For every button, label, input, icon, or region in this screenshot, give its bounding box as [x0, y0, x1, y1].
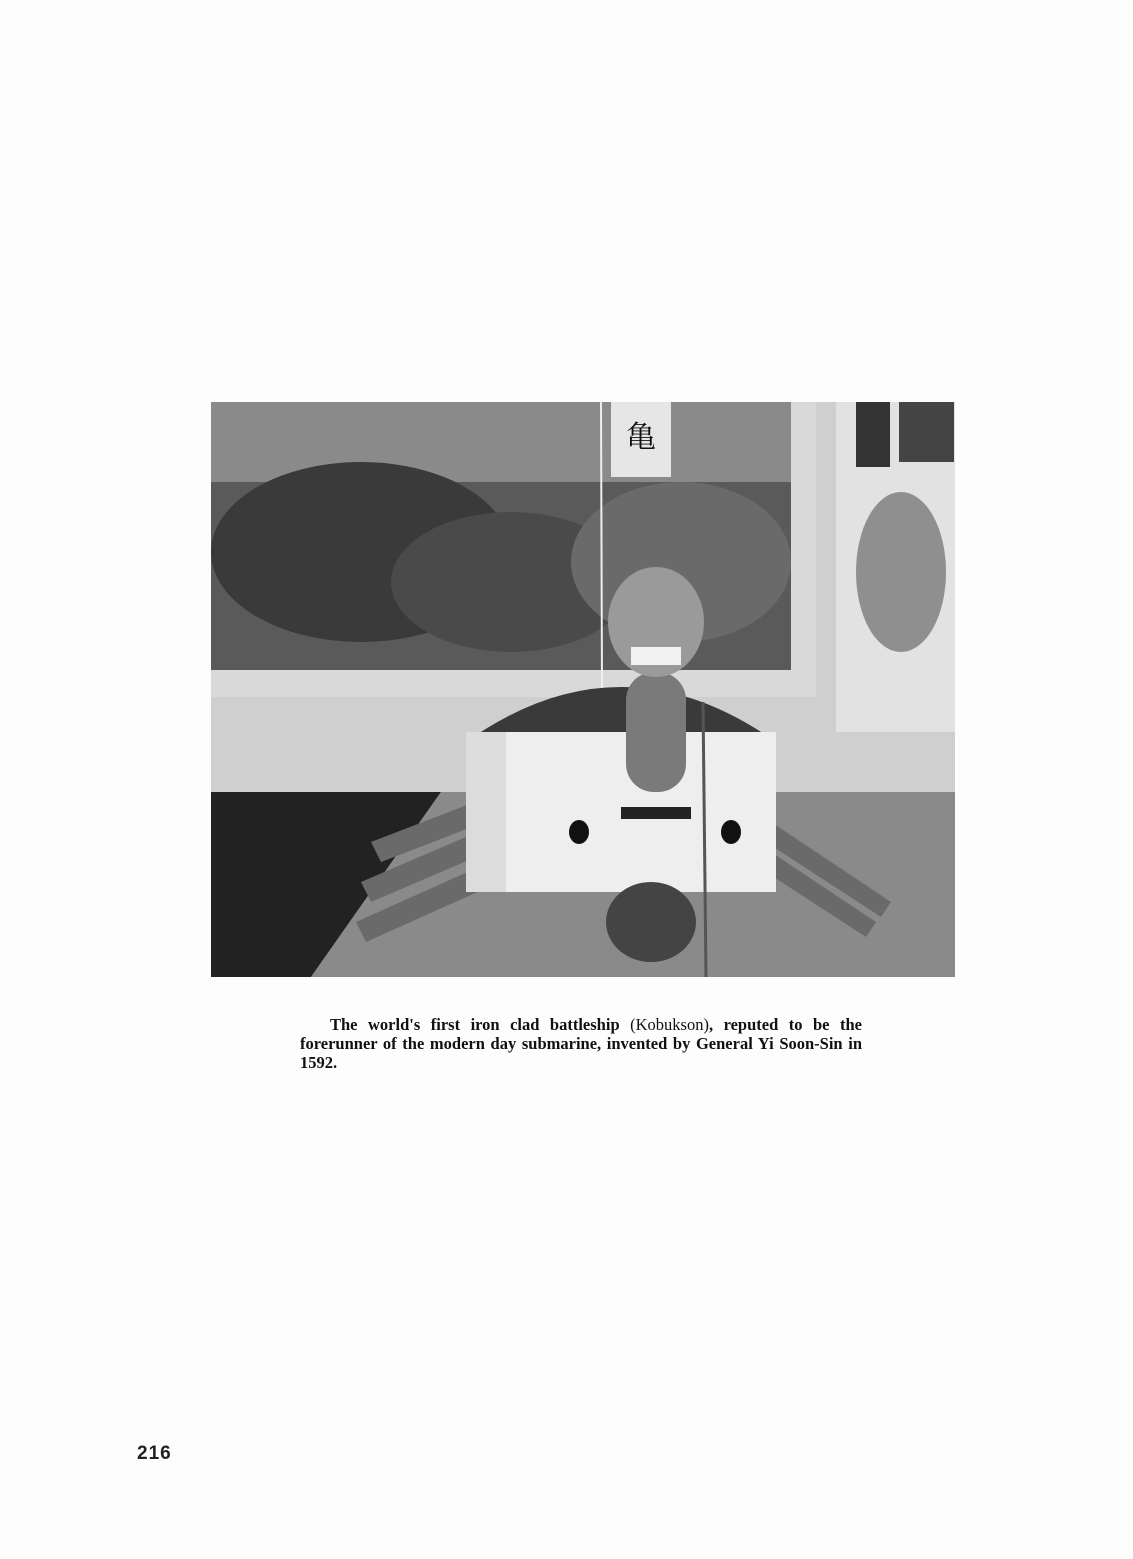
- caption-part-1: The world's first iron clad battleship: [330, 1015, 630, 1034]
- photo-illustration: 亀: [211, 402, 955, 977]
- caption-ship-name: (Kobukson): [630, 1015, 709, 1034]
- book-page: 亀: [0, 0, 1133, 1559]
- kobukson-photograph: 亀: [211, 402, 955, 977]
- figure-caption: The world's first iron clad battleship (…: [300, 1015, 862, 1072]
- page-number: 216: [137, 1443, 172, 1465]
- flag-glyph: 亀: [626, 420, 656, 455]
